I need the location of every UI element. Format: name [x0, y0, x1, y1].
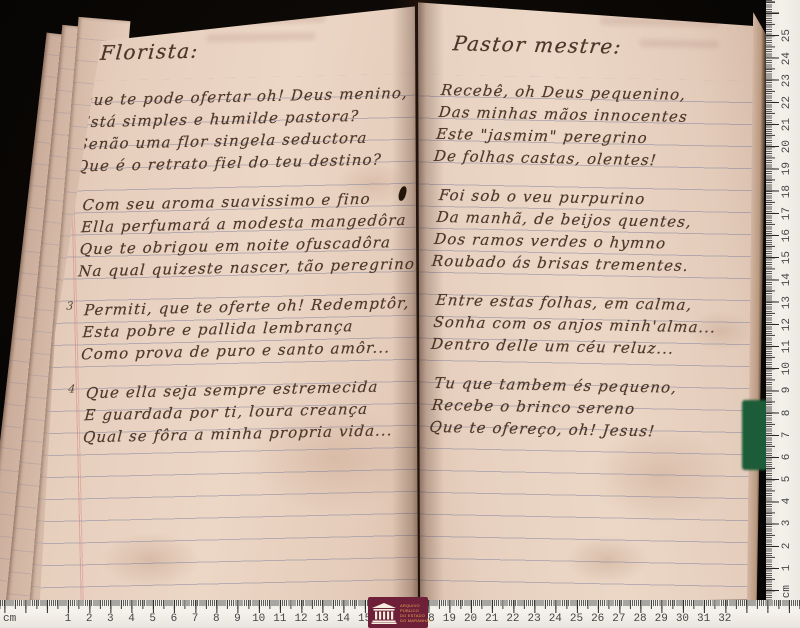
ruler-number: 8 — [781, 402, 793, 424]
scanned-manuscript-photo: Florista: 1 Que te pode ofertar oh! Deus… — [0, 0, 800, 628]
ruler-number: 25 — [781, 24, 793, 46]
left-page: Florista: 1 Que te pode ofertar oh! Deus… — [36, 4, 418, 602]
ruler-number: 30 — [672, 613, 693, 625]
ruler-number: 13 — [781, 291, 793, 313]
ruler-number: 5 — [142, 613, 163, 625]
ruler-number: 13 — [312, 613, 333, 625]
ruler-number: 32 — [714, 613, 735, 625]
ruler-number: 2 — [781, 535, 793, 557]
ruler-number: 9 — [781, 379, 793, 401]
green-background-patch — [742, 400, 768, 470]
ruler-number: 10 — [248, 613, 269, 625]
ruler-number: 12 — [290, 613, 311, 625]
ruler-number: 10 — [781, 357, 793, 379]
stanza: 2 Com seu aroma suavissimo e finoElla pe… — [78, 186, 434, 282]
ruler-number: 22 — [502, 613, 523, 625]
ruler-number: 9 — [227, 613, 248, 625]
right-page-stanzas: Recebê, oh Deus pequenino,Das minhas mão… — [431, 79, 780, 445]
ruler-number: 4 — [121, 613, 142, 625]
ruler-number: 3 — [100, 613, 121, 625]
archive-stamp-line: DO MARANHÃO — [400, 618, 432, 623]
ruler-unit-label: cm — [3, 613, 16, 625]
ruler-number: 22 — [781, 91, 793, 113]
ruler-number: 2 — [79, 613, 100, 625]
stanza: 4 Que ella seja sempre estremecidaE guar… — [82, 374, 436, 448]
stanza: 1 Que te pode ofertar oh! Deus menino,Es… — [75, 81, 431, 177]
ink-bleedthrough-smudge — [600, 16, 720, 27]
stanza: Foi sob o veu purpurinoDa manhã, de beij… — [431, 184, 782, 279]
ruler-number: 1 — [57, 613, 78, 625]
ruler-number: 7 — [781, 424, 793, 446]
ruler-number: 21 — [781, 113, 793, 135]
left-page-stanzas: 1 Que te pode ofertar oh! Deus menino,Es… — [77, 81, 435, 448]
book-gutter-shadow — [392, 0, 444, 608]
ruler-number: 24 — [781, 47, 793, 69]
right-page: Pastor mestre: Recebê, oh Deus pequenino… — [418, 0, 762, 602]
ruler-number: 23 — [524, 613, 545, 625]
stanza: Tu que tambem és pequeno,Recebe o brinco… — [428, 372, 777, 445]
ruler-number: 20 — [781, 135, 793, 157]
archive-building-icon — [371, 602, 397, 624]
right-page-content: Pastor mestre: Recebê, oh Deus pequenino… — [398, 0, 783, 620]
ruler-number: 26 — [587, 613, 608, 625]
stanza: 3 Permiti, que te oferte oh! Redemptôr,E… — [80, 291, 434, 365]
ruler-number: 7 — [185, 613, 206, 625]
ruler-number: 12 — [781, 313, 793, 335]
ruler-number: 15 — [781, 246, 793, 268]
ruler-number: 31 — [693, 613, 714, 625]
ruler-number: 25 — [566, 613, 587, 625]
ruler-number: 17 — [781, 202, 793, 224]
ruler-numbers: 1234567891011121314151617181920212223242… — [781, 24, 793, 579]
ruler-number: 14 — [781, 268, 793, 290]
stanza: Recebê, oh Deus pequenino,Das minhas mão… — [433, 79, 784, 174]
ruler-unit-label: cm — [781, 585, 793, 598]
archive-stamp: ARQUIVOPÚBLICODO ESTADODO MARANHÃO — [368, 597, 428, 628]
ruler-number: 3 — [781, 512, 793, 534]
ruler-number: 21 — [481, 613, 502, 625]
stanza-number: 3 — [66, 299, 74, 312]
poem-title-left: Florista: — [99, 33, 427, 64]
ink-bleedthrough-smudge — [156, 14, 326, 27]
ruler-number: 1 — [781, 557, 793, 579]
ruler-number: 20 — [460, 613, 481, 625]
ruler-number: 5 — [781, 468, 793, 490]
stanza-number: 4 — [68, 382, 76, 395]
ruler-number: 19 — [781, 157, 793, 179]
ruler-number: 14 — [333, 613, 354, 625]
vertical-cm-ruler: 1234567891011121314151617181920212223242… — [766, 0, 800, 628]
poem-title-right: Pastor mestre: — [452, 31, 783, 62]
stanza: Entre estas folhas, em calma,Sonha com o… — [430, 289, 779, 362]
ruler-number: 23 — [781, 69, 793, 91]
archive-stamp-text: ARQUIVOPÚBLICODO ESTADODO MARANHÃO — [400, 603, 432, 623]
ruler-number: 28 — [629, 613, 650, 625]
ruler-number: 19 — [439, 613, 460, 625]
ruler-number: 24 — [545, 613, 566, 625]
ruler-number: 6 — [163, 613, 184, 625]
ruler-number: 18 — [781, 180, 793, 202]
ruler-cm-ticks — [766, 0, 779, 600]
ruler-number: 11 — [269, 613, 290, 625]
ruler-number: 11 — [781, 335, 793, 357]
ruler-number: 27 — [608, 613, 629, 625]
ruler-number: 8 — [206, 613, 227, 625]
ruler-number: 4 — [781, 490, 793, 512]
ruler-number: 29 — [651, 613, 672, 625]
ruler-number: 6 — [781, 446, 793, 468]
ruler-number: 16 — [781, 224, 793, 246]
